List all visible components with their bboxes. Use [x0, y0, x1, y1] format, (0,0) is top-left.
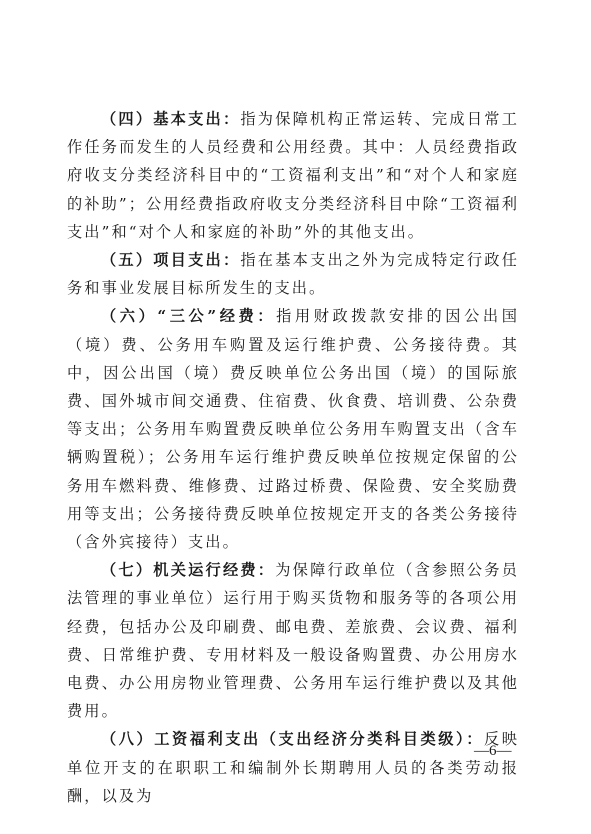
paragraph-heading: （六）“三公”经费：	[101, 307, 276, 325]
page-number: —6—	[474, 743, 512, 760]
paragraph-heading: （八）工资福利支出（支出经济分类科目类级）：	[101, 730, 484, 748]
paragraph-agency-operating-costs: （七）机关运行经费：为保障行政单位（含参照公务员法管理的事业单位）运行用于购买货…	[67, 556, 519, 725]
paragraph-text: 指为保障机构正常运转、完成日常工作任务而发生的人员经费和公用经费。其中：人员经费…	[67, 110, 519, 241]
paragraph-text: 为保障行政单位（含参照公务员法管理的事业单位）运行用于购买货物和服务等的各项公用…	[67, 561, 519, 720]
paragraph-heading: （五）项目支出：	[101, 251, 240, 269]
paragraph-three-public-expenses: （六）“三公”经费：指用财政拨款安排的因公出国（境）费、公务用车购置及运行维护费…	[67, 302, 519, 556]
paragraph-salary-welfare: （八）工资福利支出（支出经济分类科目类级）：反映单位开支的在职职工和编制外长期聘…	[67, 725, 519, 810]
document-page: （四）基本支出：指为保障机构正常运转、完成日常工作任务而发生的人员经费和公用经费…	[67, 105, 519, 810]
paragraph-project-expenditure: （五）项目支出：指在基本支出之外为完成特定行政任务和事业发展目标所发生的支出。	[67, 246, 519, 302]
paragraph-basic-expenditure: （四）基本支出：指为保障机构正常运转、完成日常工作任务而发生的人员经费和公用经费…	[67, 105, 519, 246]
paragraph-text: 指用财政拨款安排的因公出国（境）费、公务用车购置及运行维护费、公务接待费。其中，…	[67, 307, 519, 551]
paragraph-heading: （四）基本支出：	[101, 110, 240, 128]
paragraph-heading: （七）机关运行经费：	[101, 561, 275, 579]
